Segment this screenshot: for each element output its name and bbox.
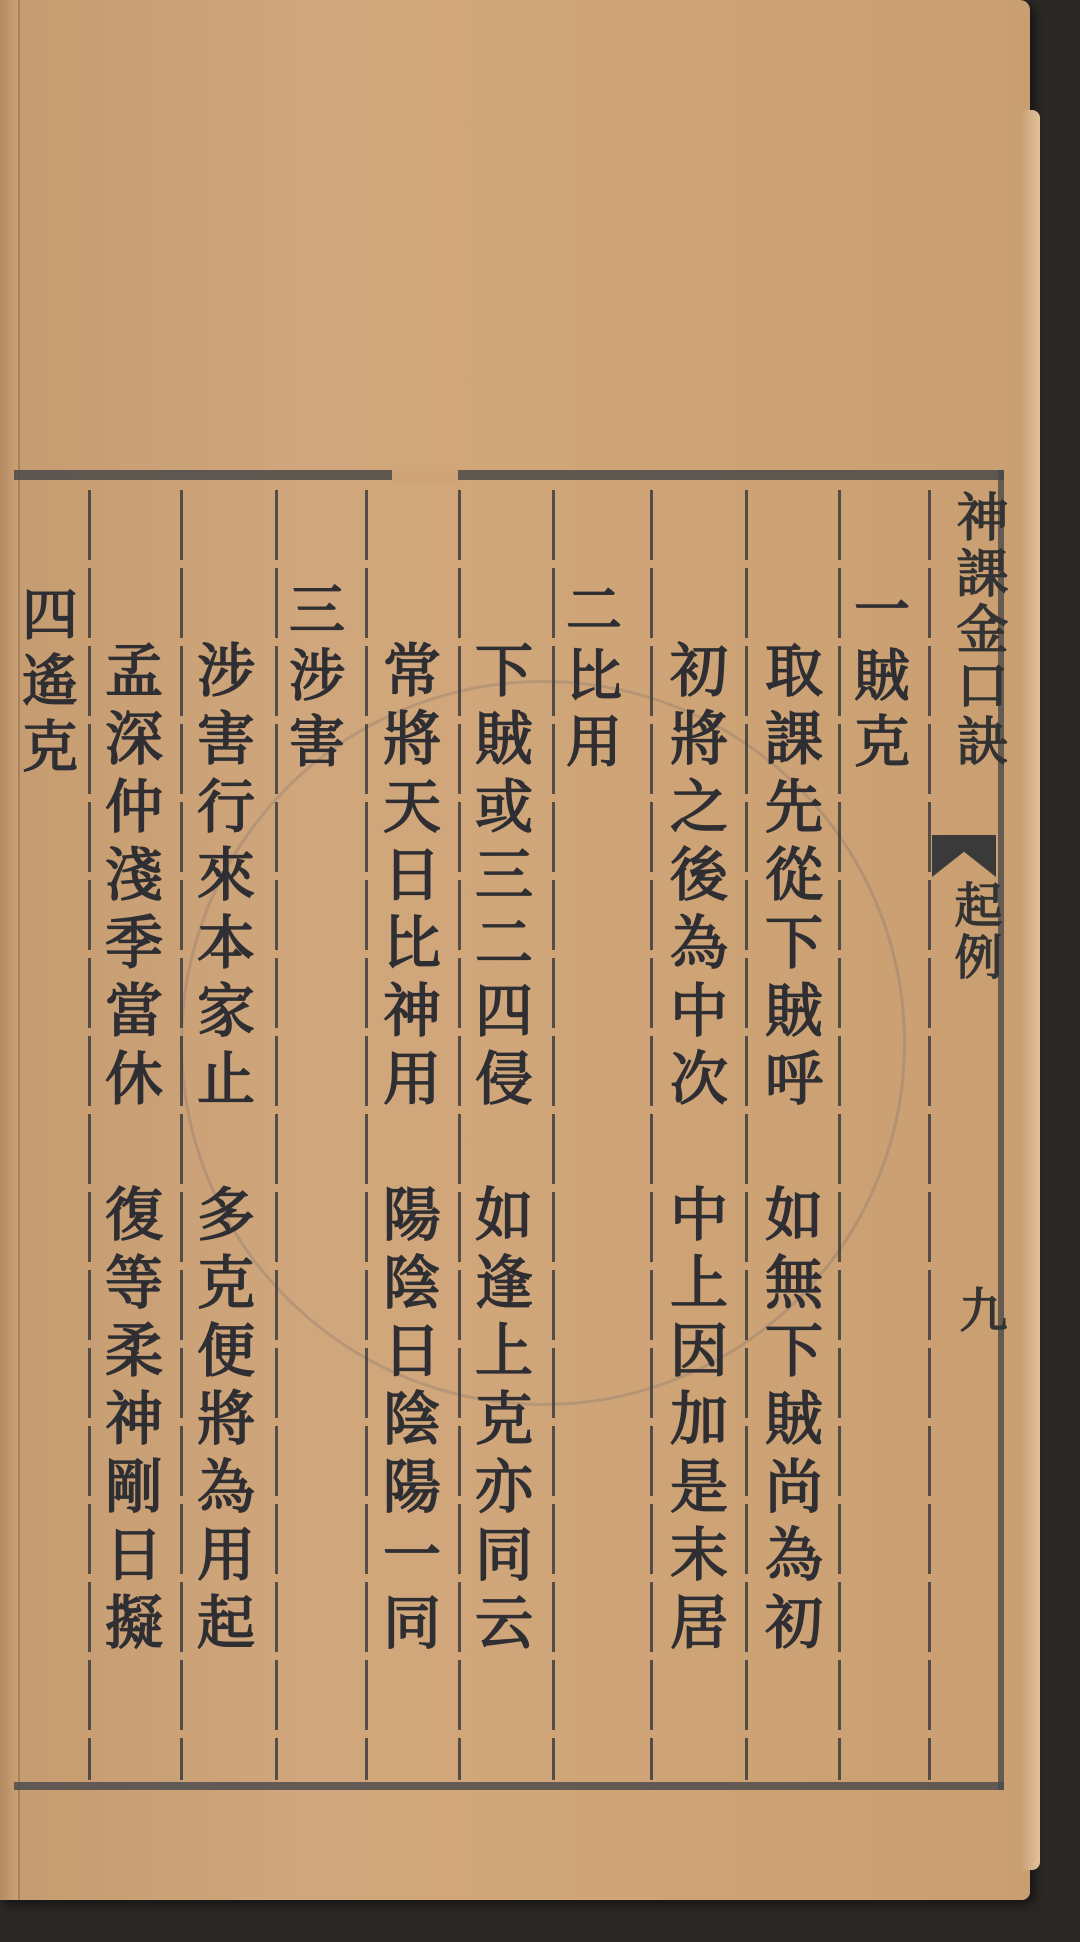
column-rule [458,490,461,1780]
folio-number: 九 [945,1285,1014,1333]
section-heading-3: 三涉害 [285,580,341,778]
verse-line-6: 孟深仲淺季當休 復等柔神剛日擬 [100,640,158,1660]
frame-top-gap [392,466,458,484]
column-rule [745,490,748,1780]
page-edge [1020,110,1040,1870]
column-rule [838,490,841,1780]
column-rule [365,490,368,1780]
column-rule [650,490,653,1780]
verse-line-4: 常將天日比神用 陽陰日陰陽一同 [378,640,436,1660]
verse-line-1: 取課先從下賊呼 如無下賊尚為初 [760,640,818,1660]
binding-gutter [0,0,20,1900]
verse-line-5: 涉害行來本家止 多克便將為用起 [192,640,250,1660]
frame-top-border [14,470,1004,480]
verse-line-2: 初將之後為中次 中上因加是末居 [665,640,723,1660]
section-heading-4: 四遙克 [18,585,74,783]
book-title: 神課金口訣 [940,490,1015,770]
verse-line-3: 下賊或三二四侵 如逢上克亦同云 [470,640,528,1660]
chapter-title: 起例 [940,880,1009,984]
column-rule [88,490,91,1780]
section-heading-2: 二比用 [562,580,618,778]
frame-bottom-border [14,1782,1004,1790]
section-heading-1: 一賊克 [850,580,906,778]
column-rule [180,490,183,1780]
column-rule [275,490,278,1780]
column-rule [552,490,555,1780]
